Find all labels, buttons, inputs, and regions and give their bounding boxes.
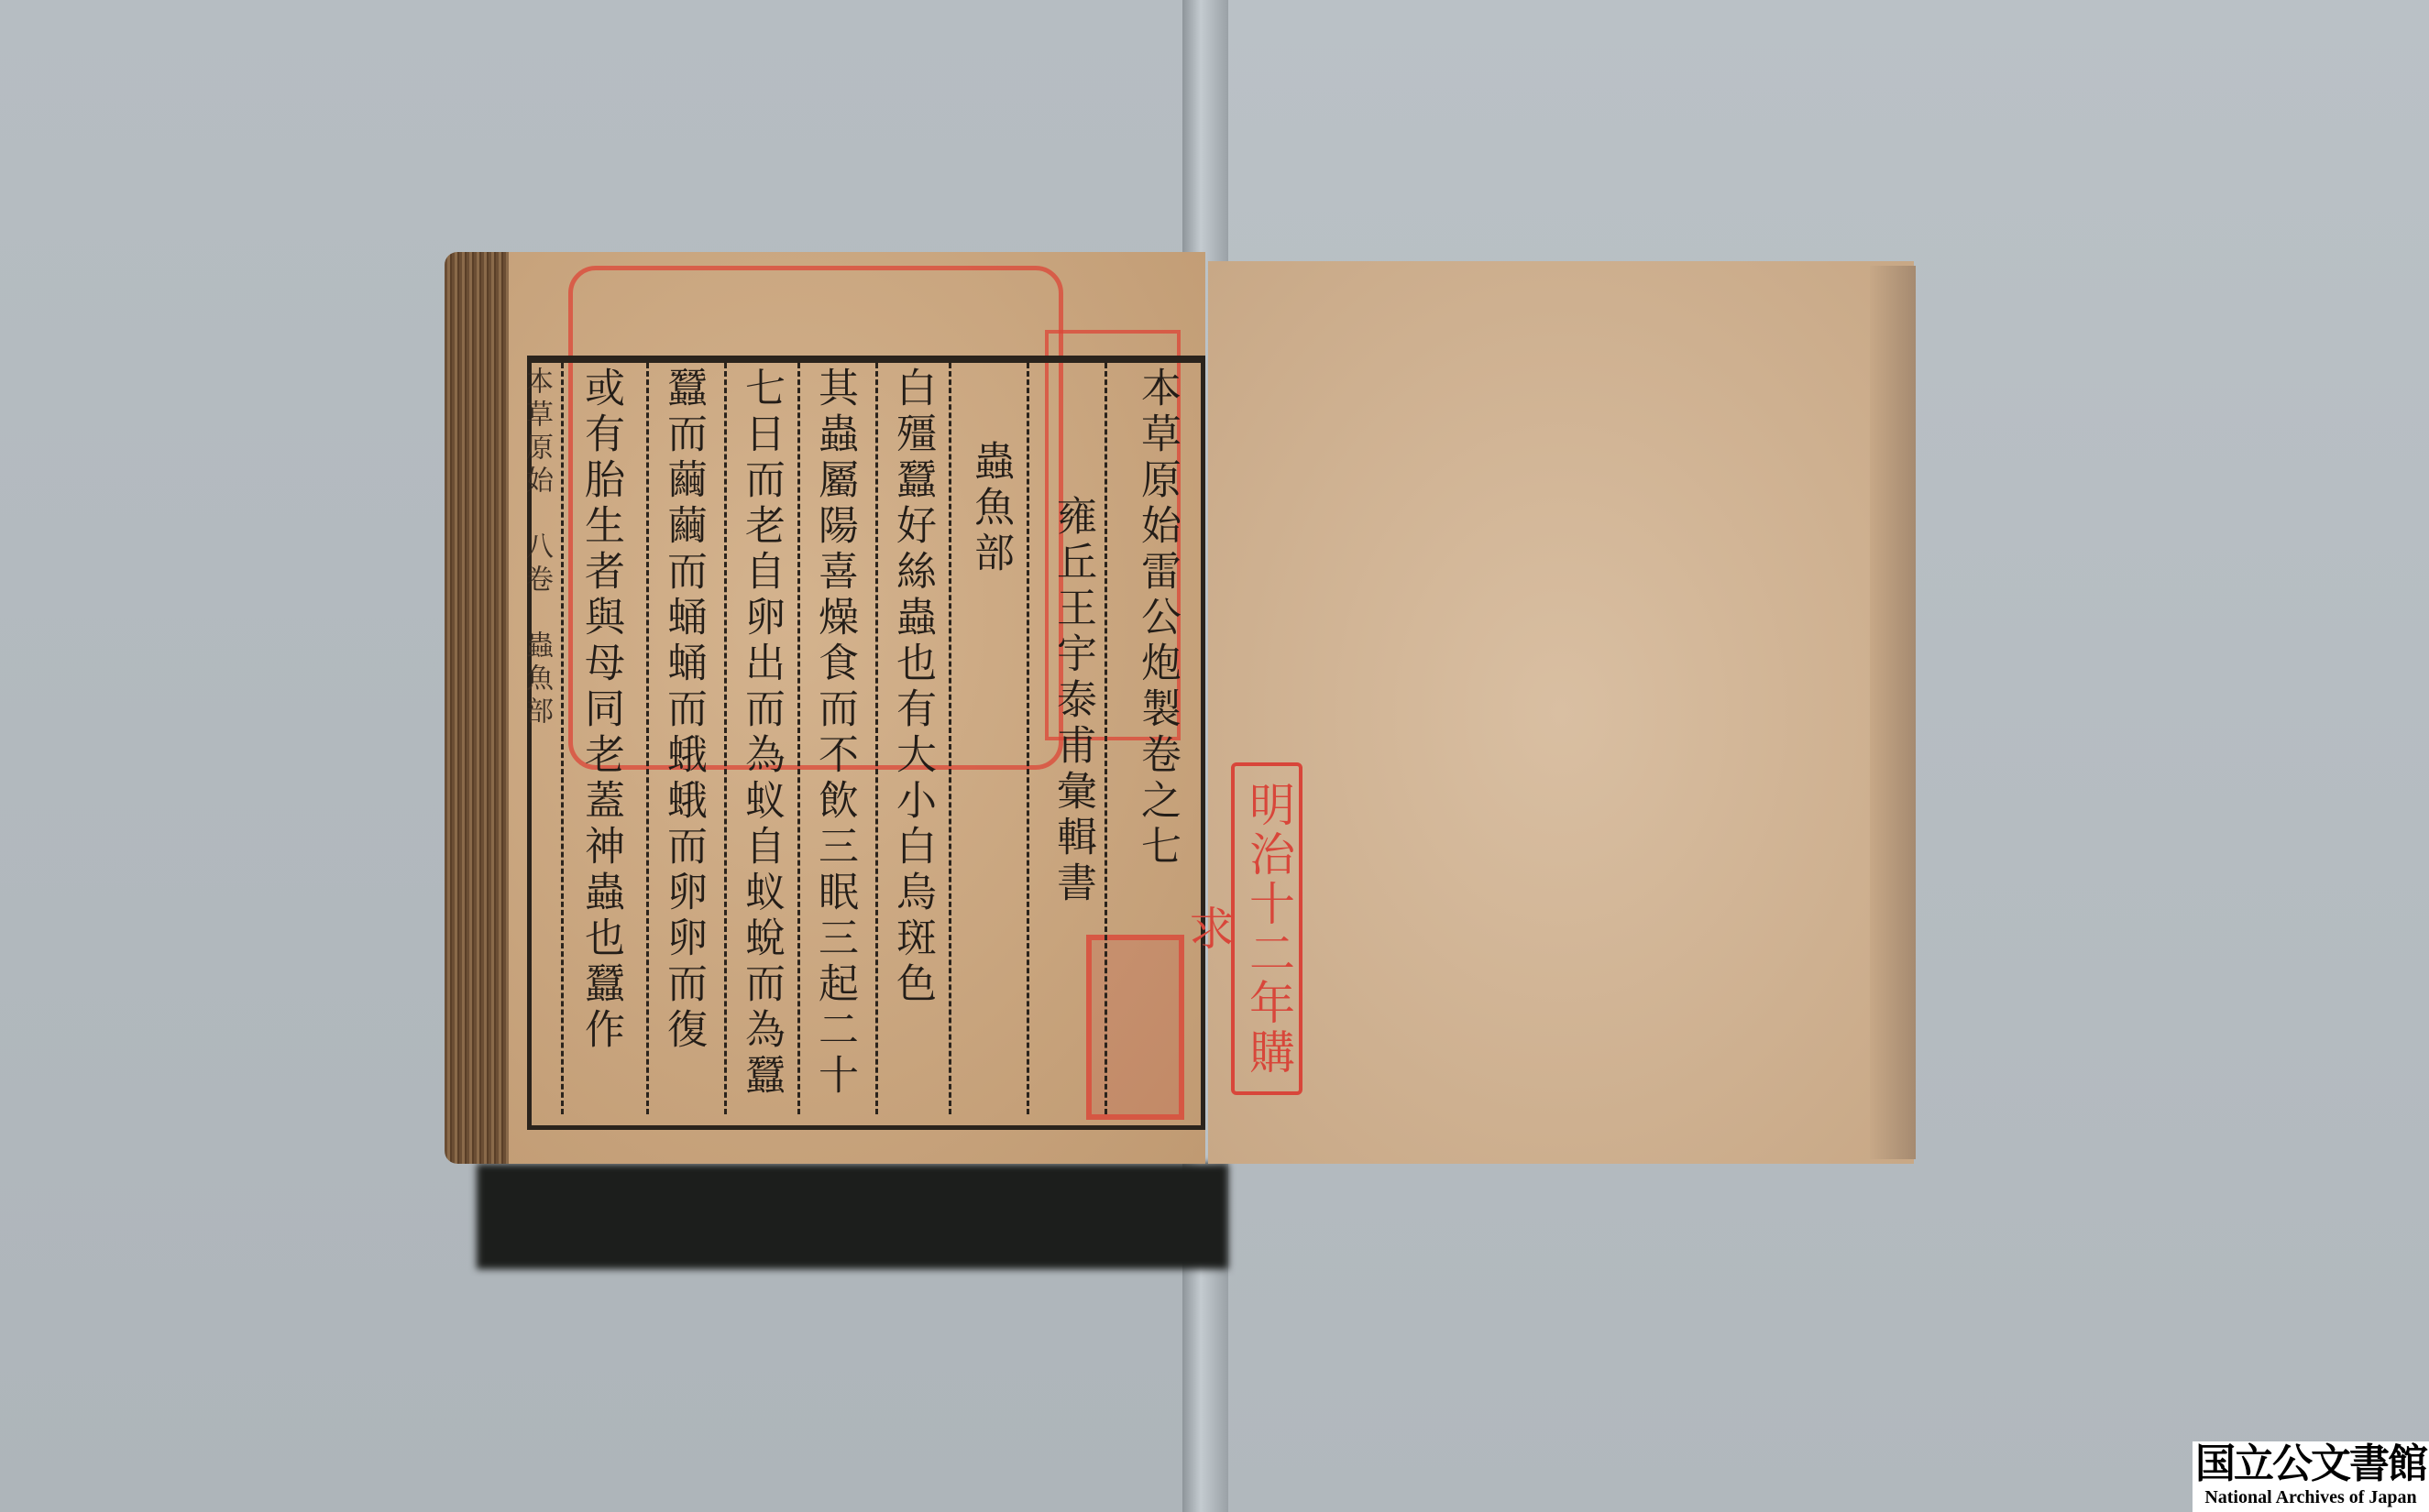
text-column: 白殭蠶好絲蟲也有大小白烏斑色 — [885, 367, 940, 1008]
column-rule — [797, 363, 800, 1114]
book-shadow — [477, 1164, 1228, 1269]
column-rule — [1105, 363, 1107, 1114]
column-rule — [724, 363, 727, 1114]
text-column-title: 本草原始雷公炮製卷之七 — [1129, 367, 1184, 871]
book-page-edges — [445, 252, 513, 1164]
column-rule — [561, 363, 564, 1114]
purchase-date-stamp: 明治十二年購求 — [1231, 762, 1302, 1095]
watermark-jp: 国立公文書館 — [2193, 1441, 2429, 1487]
text-column: 或有胎生者與母同老蓋神蟲也蠶作 — [573, 367, 628, 1054]
column-rule — [875, 363, 878, 1114]
archive-watermark: 国立公文書館 National Archives of Japan — [2193, 1441, 2429, 1512]
column-rule — [646, 363, 649, 1114]
text-column: 其蟲屬陽喜燥食而不飲三眠三起二十 — [807, 367, 862, 1100]
column-rule — [949, 363, 951, 1114]
margin-text: 本草原始 八卷 蟲魚部 — [518, 367, 555, 729]
column-rule — [1027, 363, 1029, 1114]
right-page-edge — [1870, 266, 1916, 1159]
watermark-en: National Archives of Japan — [2193, 1487, 2429, 1507]
right-page — [1208, 261, 1914, 1164]
text-column-author: 雍丘王宇泰甫彙輯書 — [1045, 495, 1100, 907]
text-column-section: 蟲魚部 — [962, 440, 1017, 577]
text-column: 蠶而繭繭而蛹蛹而蛾蛾而卵卵而復 — [655, 367, 710, 1054]
text-frame — [527, 356, 1205, 1130]
text-column: 七日而老自卵出而為蚁自蚁蛻而為蠶 — [733, 367, 788, 1100]
